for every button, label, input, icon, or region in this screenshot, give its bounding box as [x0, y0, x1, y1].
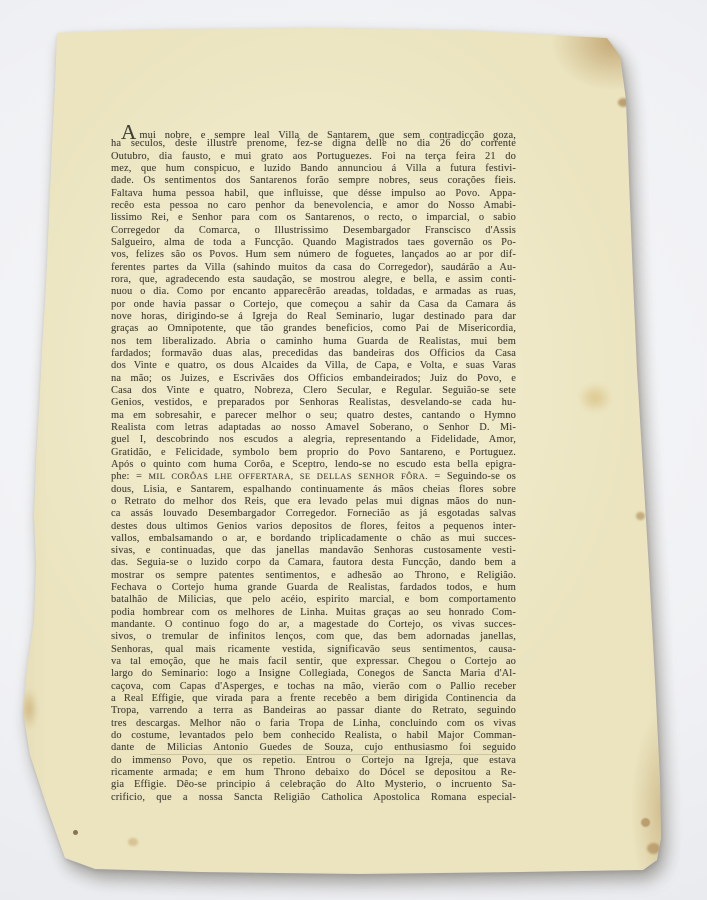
- text-line: do immenso Povo, que os repetio. Entrou …: [111, 755, 516, 767]
- text-line: sivas, e continuadas, que das janellas m…: [111, 545, 516, 557]
- text-line: lissimo Rei, e Senhor para com os Santar…: [111, 212, 516, 224]
- text-line: phe: = MIL CORÔAS LHE OFFERTARA, SE DELL…: [111, 471, 516, 483]
- foxing-stain: [618, 98, 629, 107]
- text-line: dade. Os sentimentos dos Santarenos forã…: [111, 175, 516, 187]
- text-line: destes dous ultimos Genios varios deposi…: [111, 521, 516, 533]
- text-line: fardados; formavão duas alas, precedidas…: [111, 348, 516, 360]
- text-line: largo do Seminario: logo a Insigne Colle…: [111, 668, 516, 680]
- text-line: caçova, com Capas d'Asperges, e tochas n…: [111, 681, 516, 693]
- text-line: dos Vinte e quatro, os dous Alcaides da …: [111, 360, 516, 372]
- drop-cap: A: [121, 120, 136, 144]
- epigraph-before: phe: =: [111, 471, 148, 482]
- text-line: batalhão de Milicias, que pelo acéio, es…: [111, 594, 516, 606]
- text-line: dante de Milicias Antonio Guedes de Souz…: [111, 742, 516, 754]
- text-line: Salgueiro, alma de toda a Funcção. Quand…: [111, 237, 516, 249]
- text-line: Outubro, dia fausto, e mui grato aos Por…: [111, 151, 516, 163]
- text-line: ca assás louvado Desembargador Corregedo…: [111, 508, 516, 520]
- foxing-stain: [20, 688, 38, 730]
- photo-background: Amui nobre, e sempre leal Villa de Santa…: [0, 0, 707, 900]
- text-line: sivos, o tremular de infinitos lenços, c…: [111, 631, 516, 643]
- text-line: graças ao Omnipotente, que tão grandes b…: [111, 323, 516, 335]
- text-line: ferentes partes da Villa (sahindo muitos…: [111, 262, 516, 274]
- text-line: tres descargas. Melhor não o faria Tropa…: [111, 718, 516, 730]
- epigraph-smallcaps: MIL CORÔAS LHE OFFERTARA, SE DELLAS SENH…: [148, 472, 427, 481]
- text-line: mez, que hum conspicuo, e luzido Bando a…: [111, 163, 516, 175]
- text-line: ma em sobresahir, e parecer melhor o seu…: [111, 410, 516, 422]
- text-line: a Real Effigie, que virada para a frente…: [111, 693, 516, 705]
- foxing-stain: [641, 818, 650, 827]
- text-line: dous, Lisia, e Santarem, espalhando cont…: [111, 484, 516, 496]
- text-line: Amui nobre, e sempre leal Villa de Santa…: [111, 126, 516, 138]
- text-line: na mão; os Juizes, e Escrivães dos Offic…: [111, 373, 516, 385]
- paper-shadow: Amui nobre, e sempre leal Villa de Santa…: [0, 0, 707, 900]
- text-line: das. Seguia-se o luzido corpo da Camara,…: [111, 557, 516, 569]
- text-line: do costume, levantados pelo bem conhecid…: [111, 730, 516, 742]
- ink-speck: [73, 830, 78, 835]
- text-line: nos tem liberalizado. Abria o caminho hu…: [111, 336, 516, 348]
- text-line: crificio, que a nossa Sancta Religião Ca…: [111, 792, 516, 804]
- text-line: ricamente armada; e em hum Throno debaix…: [111, 767, 516, 779]
- text-line: Faltava huma pessoa habil, que influisse…: [111, 188, 516, 200]
- text-line: va tal emoção, que he mais facil sentir,…: [111, 656, 516, 668]
- text-line: recêo esta pessoa no caro penhor da bene…: [111, 200, 516, 212]
- text-line: Fechava o Cortejo huma grande Guarda de …: [111, 582, 516, 594]
- foxing-stain: [578, 383, 612, 413]
- text-line: Corregedor da Comarca, o Illustrissimo D…: [111, 225, 516, 237]
- foxing-stain: [128, 838, 138, 846]
- text-line: ha seculos, deste illustre prenome, fez-…: [111, 138, 516, 150]
- text-line: Após o quinto com huma Corôa, e Sceptro,…: [111, 459, 516, 471]
- document-page: Amui nobre, e sempre leal Villa de Santa…: [0, 0, 707, 900]
- text-line: Casa dos Vinte e quatro, Nobreza, Clero …: [111, 385, 516, 397]
- text-line: nuou o dia. Como por encanto apparecêrão…: [111, 286, 516, 298]
- text-line: vos, felizes são os Povos. Hum sem númer…: [111, 249, 516, 261]
- text-line: por onde havia passar o Cortejo, que com…: [111, 299, 516, 311]
- text-line: Tropa, varrendo a terra as Bandeiras ao …: [111, 705, 516, 717]
- foxing-stain: [636, 512, 645, 520]
- epigraph-after: = Seguindo-se os: [428, 471, 516, 482]
- text-line: Genios, vestidos, e preparados por Senho…: [111, 397, 516, 409]
- text-line: rora, que, agradecendo esta saudação, se…: [111, 274, 516, 286]
- text-line: vallos, embalsamando o ar, e bordando tr…: [111, 533, 516, 545]
- text-line: Gratidão, e Felicidade, symbolo bem prop…: [111, 447, 516, 459]
- text-line: Realista com letras adaptadas ao nosso A…: [111, 422, 516, 434]
- text-line: o Retrato do melhor dos Reis, que era le…: [111, 496, 516, 508]
- foxing-stain: [647, 843, 660, 854]
- text-line: Senhoras, qual mais ricamente vestida, s…: [111, 644, 516, 656]
- text-line: nove horas, dirigindo-se á Igreja do Rea…: [111, 311, 516, 323]
- text-line: guel I, descobrindo nos escudos a alegri…: [111, 434, 516, 446]
- document-text: Amui nobre, e sempre leal Villa de Santa…: [111, 126, 516, 804]
- text-line: mandante. O continuo fogo do ar, a mages…: [111, 619, 516, 631]
- text-line: podia hombrear com os melhores de Linha.…: [111, 607, 516, 619]
- text-line: mostrar os sempre patentes sentimentos, …: [111, 570, 516, 582]
- text-line: gia Effigie. Dêo-se principio á celebraç…: [111, 779, 516, 791]
